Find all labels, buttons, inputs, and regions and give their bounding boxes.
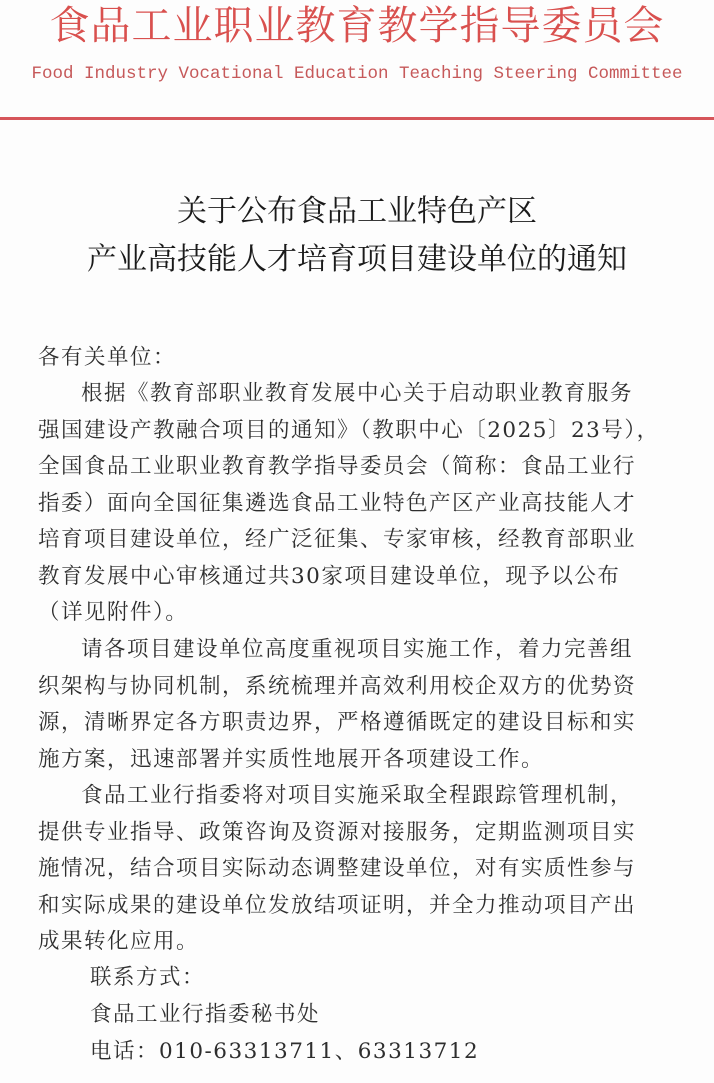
paragraph-line: 成果转化应用。 <box>38 924 694 961</box>
paragraph-line: 食品工业行指委将对项目实施采取全程跟踪管理机制， <box>38 778 694 815</box>
contact-phone: 电话：010-63313711、63313712 <box>90 1034 479 1071</box>
paragraph-2: 请各项目建设单位高度重视项目实施工作，着力完善组 织架构与协同机制，系统梳理并高… <box>38 632 694 778</box>
paragraph-line: 施方案，迅速部署并实质性地展开各项建设工作。 <box>38 742 694 779</box>
paragraph-line: 施情况，结合项目实际动态调整建设单位，对有实质性参与 <box>38 851 694 888</box>
paragraph-3: 食品工业行指委将对项目实施采取全程跟踪管理机制， 提供专业指导、政策咨询及资源对… <box>38 778 694 961</box>
paragraph-line: 根据《教育部职业教育发展中心关于启动职业教育服务 <box>38 376 694 413</box>
header-divider <box>0 117 714 120</box>
paragraph-line: 请各项目建设单位高度重视项目实施工作，着力完善组 <box>38 632 694 669</box>
paragraph-line: 源，清晰界定各方职责边界，严格遵循既定的建设目标和实 <box>38 705 694 742</box>
paragraph-line: 全国食品工业职业教育教学指导委员会（简称：食品工业行 <box>38 449 694 486</box>
paragraph-line: （详见附件）。 <box>38 595 694 632</box>
title-line-2: 产业高技能人才培育项目建设单位的通知 <box>0 240 714 280</box>
salutation: 各有关单位： <box>38 340 694 377</box>
letterhead-name-cn: 食品工业职业教育教学指导委员会 <box>0 2 714 50</box>
contact-office: 食品工业行指委秘书处 <box>90 997 320 1034</box>
paragraph-1: 根据《教育部职业教育发展中心关于启动职业教育服务 强国建设产教融合项目的通知》（… <box>38 376 694 632</box>
paragraph-line: 和实际成果的建设单位发放结项证明，并全力推动项目产出 <box>38 888 694 925</box>
paragraph-line: 教育发展中心审核通过共30家项目建设单位，现予以公布 <box>38 559 694 596</box>
letterhead-name-en: Food Industry Vocational Education Teach… <box>0 62 714 86</box>
contact-label: 联系方式： <box>90 960 205 997</box>
paragraph-line: 织架构与协同机制，系统梳理并高效利用校企双方的优势资 <box>38 669 694 706</box>
paragraph-line: 培育项目建设单位，经广泛征集、专家审核，经教育部职业 <box>38 522 694 559</box>
paragraph-line: 指委）面向全国征集遴选食品工业特色产区产业高技能人才 <box>38 486 694 523</box>
paragraph-line: 提供专业指导、政策咨询及资源对接服务，定期监测项目实 <box>38 815 694 852</box>
paragraph-line: 强国建设产教融合项目的通知》（教职中心〔2025〕23号）， <box>38 413 694 450</box>
title-line-1: 关于公布食品工业特色产区 <box>0 192 714 232</box>
